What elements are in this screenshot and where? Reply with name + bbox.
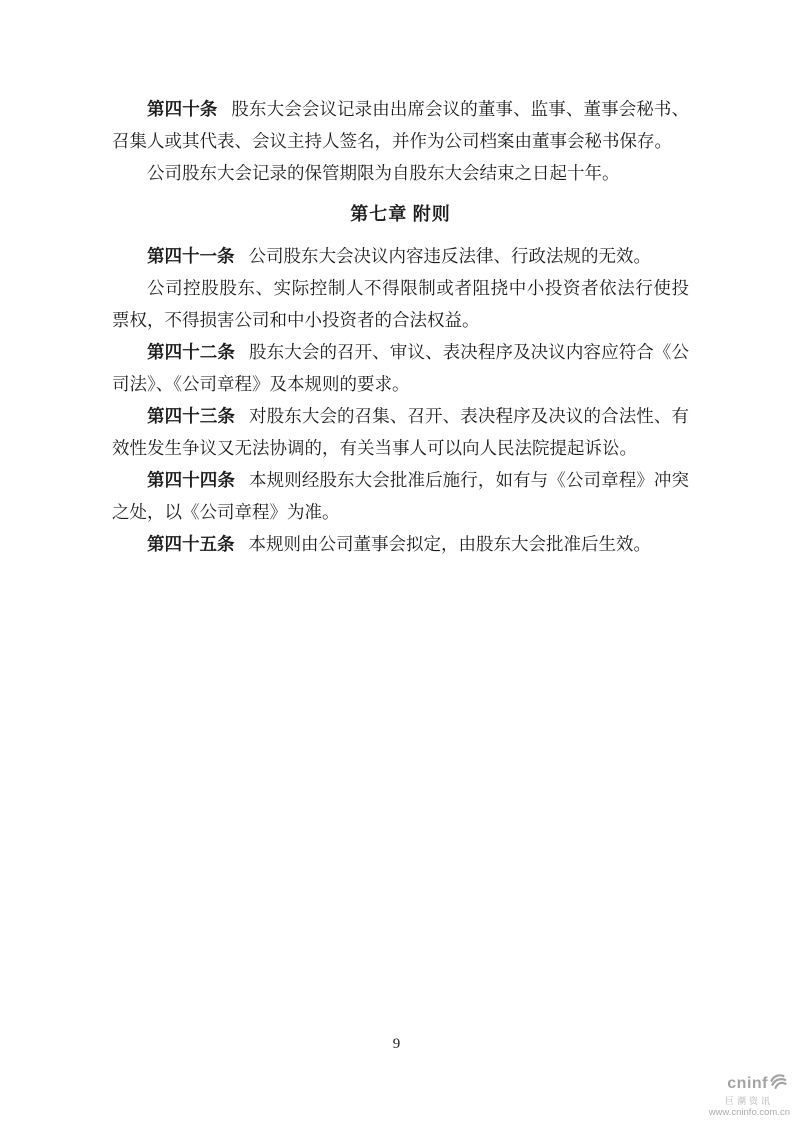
cninfo-url: www.cninfo.com.cn	[694, 1108, 790, 1118]
document-body: 第四十条股东大会会议记录由出席会议的董事、监事、董事会秘书、召集人或其代表、会议…	[112, 93, 689, 560]
article-text: 公司股东大会决议内容违反法律、行政法规的无效。	[249, 246, 652, 266]
article-number: 第四十三条	[147, 406, 235, 426]
cninfo-logo-brand-row: cninf	[694, 1072, 790, 1096]
paragraph-record-retention: 公司股东大会记录的保管期限为自股东大会结束之日起十年。	[112, 157, 689, 189]
paragraph-article-43: 第四十三条对股东大会的召集、召开、表决程序及决议的合法性、有效性发生争议又无法协…	[112, 400, 689, 464]
article-text: 公司控股股东、实际控制人不得限制或者阻挠中小投资者依法行使投票权，不得损害公司和…	[112, 278, 689, 330]
article-text: 公司股东大会记录的保管期限为自股东大会结束之日起十年。	[147, 163, 620, 183]
article-number: 第四十二条	[147, 342, 235, 362]
paragraph-article-40: 第四十条股东大会会议记录由出席会议的董事、监事、董事会秘书、召集人或其代表、会议…	[112, 93, 689, 157]
chapter-heading: 第七章 附则	[112, 198, 689, 230]
article-number: 第四十条	[147, 99, 217, 119]
cninfo-swirl-icon	[769, 1072, 788, 1096]
page-number: 9	[0, 1036, 793, 1053]
cninfo-logo: cninf 巨潮资讯 www.cninfo.com.cn	[694, 1072, 790, 1119]
paragraph-controlling-shareholder: 公司控股股东、实际控制人不得限制或者阻挠中小投资者依法行使投票权，不得损害公司和…	[112, 272, 689, 336]
article-number: 第四十一条	[147, 246, 235, 266]
article-number: 第四十五条	[147, 534, 235, 554]
article-number: 第四十四条	[147, 470, 235, 490]
paragraph-article-41: 第四十一条公司股东大会决议内容违反法律、行政法规的无效。	[112, 240, 689, 272]
paragraph-article-42: 第四十二条股东大会的召开、审议、表决程序及决议内容应符合《公司法》、《公司章程》…	[112, 336, 689, 400]
paragraph-article-45: 第四十五条本规则由公司董事会拟定，由股东大会批准后生效。	[112, 528, 689, 560]
cninfo-brand-chinese: 巨潮资讯	[694, 1097, 790, 1107]
document-page: 第四十条股东大会会议记录由出席会议的董事、监事、董事会秘书、召集人或其代表、会议…	[0, 0, 793, 1122]
cninfo-brand-text: cninf	[727, 1075, 768, 1093]
article-text: 本规则由公司董事会拟定，由股东大会批准后生效。	[249, 534, 652, 554]
paragraph-article-44: 第四十四条本规则经股东大会批准后施行，如有与《公司章程》冲突之处，以《公司章程》…	[112, 464, 689, 528]
